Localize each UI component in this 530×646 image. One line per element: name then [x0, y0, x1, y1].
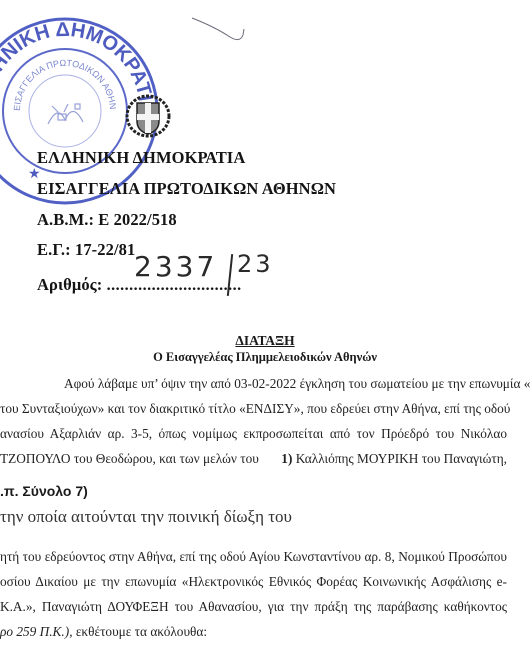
paragraph1-line4-start: ΤΖΟΠΟΥΛΟ του Θεοδώρου, και των μελών του — [0, 451, 259, 467]
pen-mark — [190, 15, 250, 45]
document-title: ΔΙΑΤΑΞΗ — [0, 333, 530, 349]
paragraph2-line2: οσίου Δικαίου με την επωνυμία «Ηλεκτρονι… — [0, 574, 507, 590]
paragraph2-line4-end: , εκθέτουμε τα ακόλουθα: — [69, 624, 207, 639]
paragraph1-line1: Αφού λάβαμε υπ’ όψιν την από 03-02-2022 … — [64, 376, 507, 392]
header-eg: Ε.Γ.: 17-22/81 — [37, 240, 135, 260]
article-reference: ρο 259 Π.Κ.) — [0, 624, 69, 639]
header-abm: Α.Β.Μ.: Ε 2022/518 — [37, 210, 177, 230]
request-line: την οποία αιτούνται την ποινική δίωξη το… — [0, 507, 292, 527]
header-republic: ΕΛΛΗΝΙΚΗ ΔΗΜΟΚΡΑΤΙΑ — [37, 148, 245, 168]
paragraph1-line4: ΤΖΟΠΟΥΛΟ του Θεοδώρου, και των μελών του… — [0, 451, 507, 467]
paragraph2-line4: ρο 259 Π.Κ.), εκθέτουμε τα ακόλουθα: — [0, 624, 207, 640]
member-number: 1) — [281, 451, 292, 466]
paragraph1-line3: ανασίου Αξαρλιάν αρ. 3-5, όπως νομίμως ε… — [0, 426, 507, 442]
paragraph1-line2: του Συνταξιούχων» και τον διακριτικό τίτ… — [0, 401, 507, 417]
total-label: .π. Σύνολο 7) — [0, 483, 88, 499]
member-name: Καλλιόπης ΜΟΥΡΙΚΗ του Παναγιώτη, — [296, 451, 507, 466]
header-office: ΕΙΣΑΓΓΕΛΙΑ ΠΡΩΤΟΔΙΚΩΝ ΑΘΗΝΩΝ — [37, 179, 336, 199]
document-subtitle: Ο Εισαγγελέας Πλημμελειοδικών Αθηνών — [0, 350, 530, 365]
paragraph2-line1: ητή του εδρεύοντος στην Αθήνα, επί της ο… — [0, 549, 507, 565]
paragraph2-line3: Κ.Α.», Παναγιώτη ΔΟΥΦΕΞΗ του Αθανασίου, … — [0, 599, 507, 615]
handwritten-number: 2337 — [134, 250, 217, 283]
number-label: Αριθμός: — [37, 275, 102, 294]
coat-of-arms-icon — [124, 93, 172, 139]
handwritten-year: 23 — [237, 250, 274, 278]
